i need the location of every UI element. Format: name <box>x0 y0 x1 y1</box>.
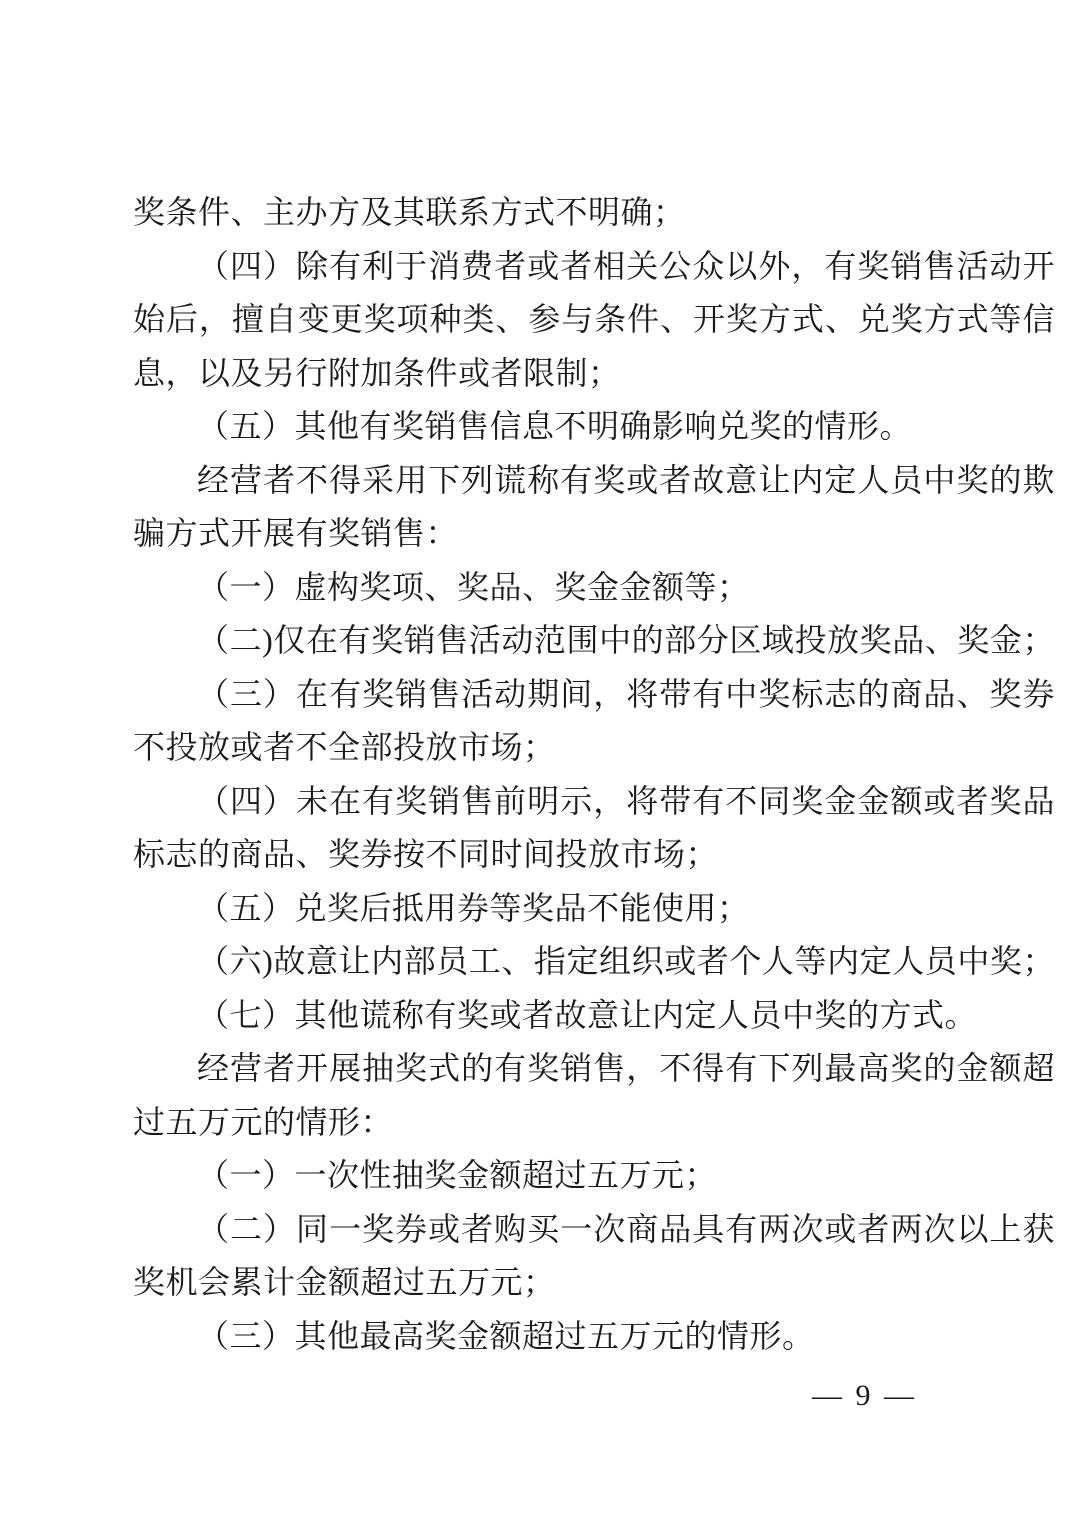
text-line: 标志的商品、奖券按不同时间投放市场； <box>133 828 1055 882</box>
document-text-block: 奖条件、主办方及其联系方式不明确； （四）除有利于消费者或者相关公众以外，有奖销… <box>133 186 1055 1363</box>
text-line: （一）虚构奖项、奖品、奖金金额等； <box>133 561 1055 615</box>
text-line: 经营者不得采用下列谎称有奖或者故意让内定人员中奖的欺 <box>133 454 1055 508</box>
text-line: （五）其他有奖销售信息不明确影响兑奖的情形。 <box>133 400 1055 454</box>
text-line: （三）在有奖销售活动期间，将带有中奖标志的商品、奖券 <box>133 668 1055 722</box>
text-line: （六)故意让内部员工、指定组织或者个人等内定人员中奖； <box>133 935 1055 989</box>
text-line: 息，以及另行附加条件或者限制； <box>133 347 1055 401</box>
page-number: — 9 — <box>812 1378 917 1414</box>
text-line: 不投放或者不全部投放市场； <box>133 721 1055 775</box>
text-line: 始后，擅自变更奖项种类、参与条件、开奖方式、兑奖方式等信 <box>133 293 1055 347</box>
text-line: （四）除有利于消费者或者相关公众以外，有奖销售活动开 <box>133 240 1055 294</box>
text-line: （五）兑奖后抵用券等奖品不能使用； <box>133 882 1055 936</box>
text-line: （一）一次性抽奖金额超过五万元； <box>133 1149 1055 1203</box>
text-line: （二）同一奖券或者购买一次商品具有两次或者两次以上获 <box>133 1203 1055 1257</box>
text-line: （二)仅在有奖销售活动范围中的部分区域投放奖品、奖金； <box>133 614 1055 668</box>
text-line: 经营者开展抽奖式的有奖销售，不得有下列最高奖的金额超 <box>133 1042 1055 1096</box>
text-line: （三）其他最高奖金额超过五万元的情形。 <box>133 1310 1055 1364</box>
document-page: 奖条件、主办方及其联系方式不明确； （四）除有利于消费者或者相关公众以外，有奖销… <box>0 0 1074 1520</box>
text-line: 奖条件、主办方及其联系方式不明确； <box>133 186 1055 240</box>
text-line: 过五万元的情形： <box>133 1096 1055 1150</box>
text-line: （四）未在有奖销售前明示，将带有不同奖金金额或者奖品 <box>133 775 1055 829</box>
text-line: 骗方式开展有奖销售： <box>133 507 1055 561</box>
text-line: 奖机会累计金额超过五万元； <box>133 1256 1055 1310</box>
text-line: （七）其他谎称有奖或者故意让内定人员中奖的方式。 <box>133 989 1055 1043</box>
